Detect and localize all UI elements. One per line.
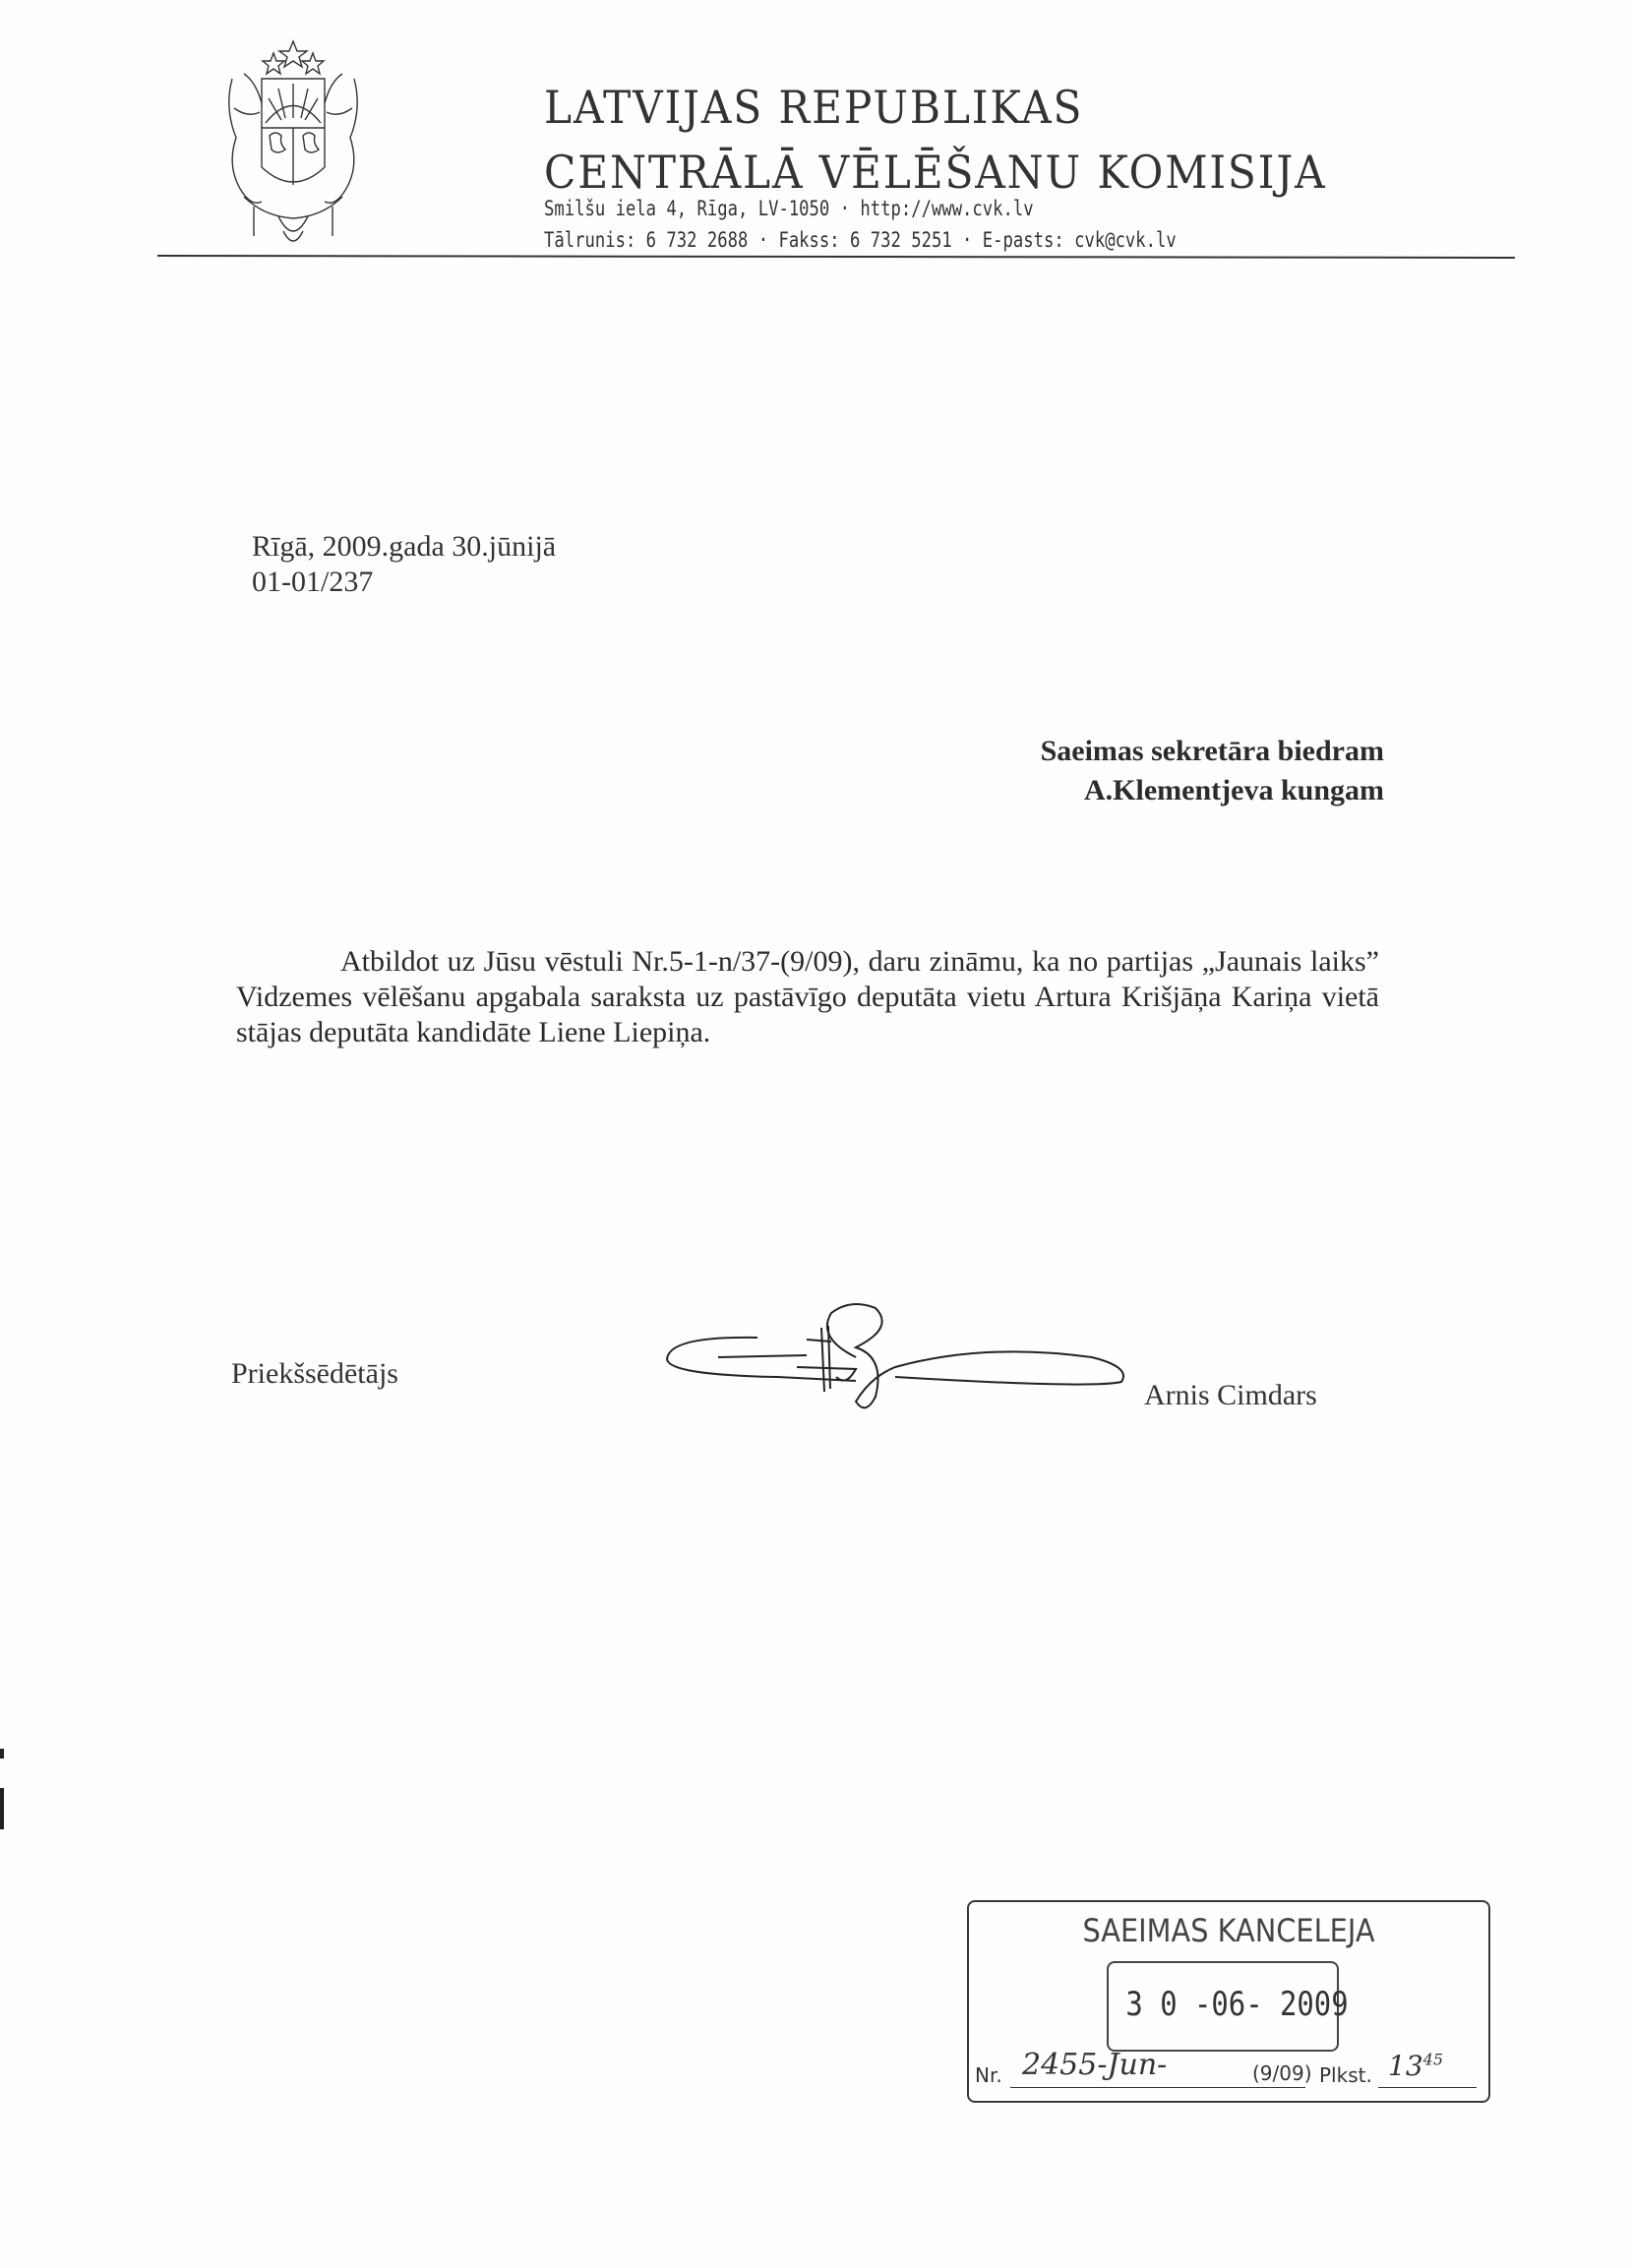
scan-margin-mark [0, 1788, 4, 1829]
stamp-time-minutes: 45 [1423, 2051, 1443, 2069]
stamp-time-hours: 13 [1388, 2050, 1423, 2082]
stamp-nr-value: 2455-Jun- [1022, 2048, 1167, 2082]
signature-icon [659, 1298, 1141, 1416]
letterhead-title-line2: CENTRĀLĀ VĒLĒŠANU KOMISIJA [544, 146, 1327, 199]
letterhead-address: Smilšu iela 4, Rīga, LV-1050 · http://ww… [544, 197, 1034, 220]
signer-name: Arnis Cimdars [1144, 1379, 1317, 1412]
reference-number: 01-01/237 [252, 565, 556, 600]
scan-margin-mark [0, 1749, 4, 1759]
place-date: Rīgā, 2009.gada 30.jūnijā [252, 529, 556, 565]
registration-stamp: SAEIMAS KANCELEJA 3 0 -06- 2009 Nr. 2455… [967, 1900, 1490, 2103]
document-page: LATVIJAS REPUBLIKAS CENTRĀLĀ VĒLĒŠANU KO… [0, 0, 1632, 2268]
date-block: Rīgā, 2009.gada 30.jūnijā 01-01/237 [252, 529, 556, 600]
stamp-date-box: 3 0 -06- 2009 [1107, 1961, 1339, 2052]
stamp-number-row: Nr. 2455-Jun- (9/09) Plkst. 1345 [975, 2048, 1479, 2091]
stamp-date: 3 0 -06- 2009 [1125, 1985, 1319, 2024]
stamp-nr-label: Nr. [975, 2063, 1002, 2087]
stamp-time-value: 1345 [1388, 2050, 1443, 2082]
stamp-time-label: Plkst. [1319, 2063, 1372, 2087]
stamp-title: SAEIMAS KANCELEJA [995, 1912, 1462, 1949]
body-paragraph: Atbildot uz Jūsu vēstuli Nr.5-1-n/37-(9/… [236, 945, 1379, 1048]
letterhead-contacts: Tālrunis: 6 732 2688 · Fakss: 6 732 5251… [544, 228, 1177, 252]
stamp-nr-underline [1010, 2087, 1305, 2088]
letterhead-divider [157, 255, 1515, 259]
stamp-nr-suffix: (9/09) [1252, 2061, 1312, 2085]
signer-role: Priekšsēdētājs [231, 1357, 398, 1391]
addressee-line2: A.Klementjeva kungam [1041, 771, 1384, 810]
stamp-time-underline [1378, 2087, 1477, 2088]
addressee-line1: Saeimas sekretāra biedram [1041, 732, 1384, 771]
letter-body: Atbildot uz Jūsu vēstuli Nr.5-1-n/37-(9/… [236, 944, 1379, 1050]
coat-of-arms-icon [224, 39, 362, 251]
addressee-block: Saeimas sekretāra biedram A.Klementjeva … [1041, 732, 1384, 810]
letterhead-title-line1: LATVIJAS REPUBLIKAS [544, 81, 1083, 134]
